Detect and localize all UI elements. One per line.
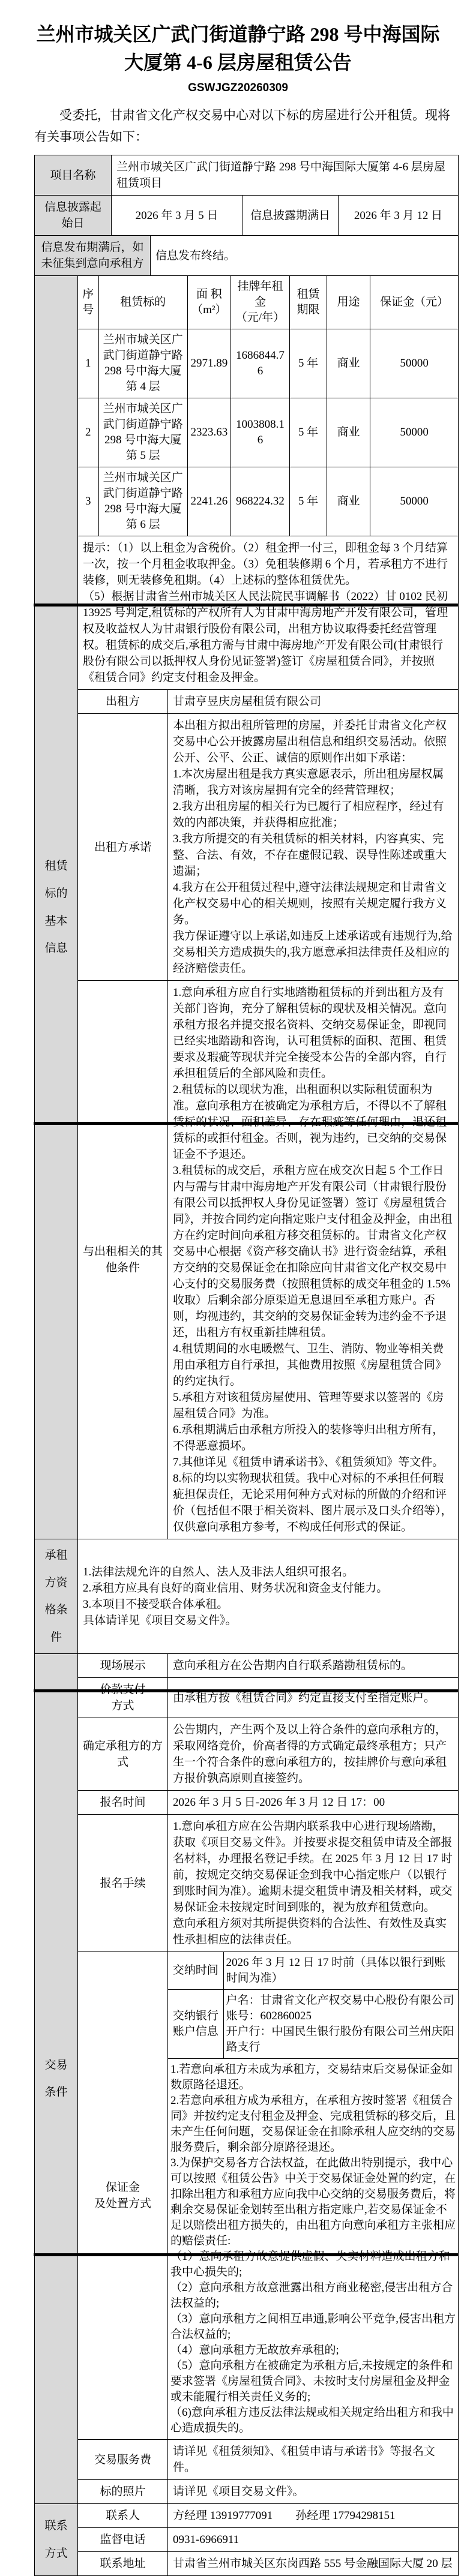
other-conditions-text: 1.意向承租方应自行实地踏勘租赁标的并到出租方及有关部门咨询，充分了解租赁标的现… bbox=[168, 981, 459, 1539]
announcement-page: 兰州市城关区广武门街道静宁路 298 号中海国际大厦第 4-6 层房屋租赁公告 … bbox=[0, 0, 476, 2576]
table-row: 报名手续 1.意向承租方应在公告期内联系我中心进行现场踏勘，获取《项目交易文件》… bbox=[35, 1815, 459, 1952]
asset-deposit: 50000 bbox=[370, 398, 458, 467]
asset-row: 3 兰州市城关区广武门街道静宁路 298 号中海大厦第 6 层 2241.26 … bbox=[78, 467, 458, 536]
intro-paragraph: 受委托，甘肃省文化产权交易中心对以下标的房屋进行公开租赁。现将有关事项公告如下： bbox=[34, 104, 458, 148]
qualification-text: 1.法律法规允许的自然人、法人及非法人组织可报名。 2.承租方应具有良好的商业信… bbox=[78, 1539, 459, 1654]
lessor-value: 甘肃亨昱庆房屋租赁有限公司 bbox=[168, 690, 459, 714]
asset-use: 商业 bbox=[327, 467, 370, 536]
table-row: 价款支付 方式 由承租方按《租赁合同》约定直接支付至指定账户。 bbox=[35, 1678, 459, 1718]
other-conditions-label: 与出租相关的其他条件 bbox=[78, 981, 168, 1539]
col-header-use: 用途 bbox=[327, 276, 370, 329]
page-break-line bbox=[34, 1689, 459, 1692]
asset-deposit: 50000 bbox=[370, 329, 458, 398]
table-row: 联系地址 甘肃省兰州市城关区东岗西路 555 号金融国际大厦 20 层 bbox=[35, 2552, 459, 2576]
table-row: 交纳银行账户信息 户名：甘肃省文化产权交易中心股份有限公司 账号：6028600… bbox=[168, 1990, 458, 2059]
table-row: 项目名称 兰州市城关区广武门街道静宁路 298 号中海国际大厦第 4-6 层房屋… bbox=[35, 155, 459, 196]
col-header-rent: 挂牌年租金 （元/年） bbox=[230, 276, 289, 329]
table-row: 提示：（1）以上租金为含税价。（2）租金押一付三，即租金每 3 个月结算一次，按… bbox=[35, 536, 459, 690]
signup-time-label: 报名时间 bbox=[78, 1791, 168, 1815]
table-row: 监督电话 0931-6966911 bbox=[35, 2528, 459, 2552]
contact-person-label: 联系人 bbox=[78, 2504, 168, 2528]
supervision-phone-label: 监督电话 bbox=[78, 2528, 168, 2552]
table-row: 交易条件 现场展示 意向承租方在公告期内自行联系踏勘租赁标的。 bbox=[35, 1654, 459, 1678]
table-row: 交纳时间 2026 年 3 月 12 日 17 时前（具体以银行到账时间为准） bbox=[168, 1952, 458, 1990]
payment-method-text: 由承租方按《租赁合同》约定直接支付至指定账户。 bbox=[168, 1678, 459, 1718]
page-title: 兰州市城关区广武门街道静宁路 298 号中海国际大厦第 4-6 层房屋租赁公告 bbox=[28, 20, 448, 77]
expiry-label: 信息发布期满后，如未征集到意向承租方 bbox=[35, 236, 151, 276]
announcement-body-table: 租赁标的基本信息 序号 租赁标的 面 积 （m²） 挂牌年租金 （元/年） 租赁… bbox=[34, 275, 459, 2576]
table-row: 信息披露起始日 2026 年 3 月 5 日 信息披露期满日 2026 年 3 … bbox=[35, 196, 459, 236]
service-fee-label: 交易服务费 bbox=[78, 2440, 168, 2480]
signup-procedure-label: 报名手续 bbox=[78, 1815, 168, 1952]
asset-seq: 1 bbox=[78, 329, 98, 398]
table-row: 交易服务费 请详见《租赁须知》、《租赁申请与承诺书》等报名文件。 bbox=[35, 2440, 459, 2480]
payment-method-label: 价款支付 方式 bbox=[78, 1678, 168, 1718]
confirm-method-label: 确定承租方的方式 bbox=[78, 1718, 168, 1791]
expiry-value: 信息发布终结。 bbox=[151, 236, 459, 276]
deposit-cell: 交纳时间 2026 年 3 月 12 日 17 时前（具体以银行到账时间为准） … bbox=[168, 1952, 459, 2440]
signup-time-value: 2026 年 3 月 5 日-2026 年 3 月 12 日 17：00 bbox=[168, 1791, 459, 1815]
deposit-disposal-text: 1.若意向承租方未成为承租方，交易结束后交易保证金如数原路径退还。 2.若意向承… bbox=[168, 2059, 458, 2440]
site-display-text: 意向承租方在公告期内自行联系踏勘租赁标的。 bbox=[168, 1654, 459, 1678]
disclosure-end-label: 信息披露期满日 bbox=[243, 196, 339, 236]
asset-seq: 3 bbox=[78, 467, 98, 536]
table-row: 信息发布期满后，如未征集到意向承租方 信息发布终结。 bbox=[35, 236, 459, 276]
section-label-trade: 交易条件 bbox=[35, 1654, 78, 2504]
asset-area: 2241.26 bbox=[187, 467, 230, 536]
asset-tips-text: 提示：（1）以上租金为含税价。（2）租金押一付三，即租金每 3 个月结算一次，按… bbox=[78, 536, 459, 690]
asset-list-table: 序号 租赁标的 面 积 （m²） 挂牌年租金 （元/年） 租赁 期限 用途 保证… bbox=[78, 276, 458, 536]
contact-address-label: 联系地址 bbox=[78, 2552, 168, 2576]
asset-name: 兰州市城关区广武门街道静宁路 298 号中海大厦第 4 层 bbox=[98, 329, 187, 398]
table-row: 1.若意向承租方未成为承租方，交易结束后交易保证金如数原路径退还。 2.若意向承… bbox=[168, 2059, 458, 2440]
asset-rent: 1003808.16 bbox=[230, 398, 289, 467]
col-header-deposit: 保证金（元） bbox=[370, 276, 458, 329]
project-info-table: 项目名称 兰州市城关区广武门街道静宁路 298 号中海国际大厦第 4-6 层房屋… bbox=[34, 155, 459, 276]
deposit-bank-label: 交纳银行账户信息 bbox=[168, 1990, 223, 2059]
col-header-seq: 序号 bbox=[78, 276, 98, 329]
table-row: 出租方 甘肃亨昱庆房屋租赁有限公司 bbox=[35, 690, 459, 714]
asset-term: 5 年 bbox=[290, 398, 327, 467]
section-label-qualification: 承租方资格条件 bbox=[35, 1539, 78, 1654]
table-row: 租赁标的基本信息 序号 租赁标的 面 积 （m²） 挂牌年租金 （元/年） 租赁… bbox=[35, 276, 459, 536]
asset-table-cell: 序号 租赁标的 面 积 （m²） 挂牌年租金 （元/年） 租赁 期限 用途 保证… bbox=[78, 276, 459, 536]
page-break-line bbox=[34, 1122, 459, 1125]
asset-name: 兰州市城关区广武门街道静宁路 298 号中海大厦第 5 层 bbox=[98, 398, 187, 467]
page-break-line bbox=[34, 2253, 459, 2256]
project-name-label: 项目名称 bbox=[35, 155, 112, 196]
asset-term: 5 年 bbox=[290, 467, 327, 536]
project-name-value: 兰州市城关区广武门街道静宁路 298 号中海国际大厦第 4-6 层房屋租赁项目 bbox=[112, 155, 459, 196]
asset-row: 1 兰州市城关区广武门街道静宁路 298 号中海大厦第 4 层 2971.89 … bbox=[78, 329, 458, 398]
asset-use: 商业 bbox=[327, 398, 370, 467]
supervision-phone-value: 0931-6966911 bbox=[168, 2528, 459, 2552]
col-header-term: 租赁 期限 bbox=[290, 276, 327, 329]
asset-row: 2 兰州市城关区广武门街道静宁路 298 号中海大厦第 5 层 2323.63 … bbox=[78, 398, 458, 467]
contact-address-value: 甘肃省兰州市城关区东岗西路 555 号金融国际大厦 20 层 bbox=[168, 2552, 459, 2576]
asset-term: 5 年 bbox=[290, 329, 327, 398]
confirm-method-text: 公告期内，产生两个及以上符合条件的意向承租方的，采取网络竞价，价高者得的方式确定… bbox=[168, 1718, 459, 1791]
table-row: 保证金 及处置方式 交纳时间 2026 年 3 月 12 日 17 时前（具体以… bbox=[35, 1952, 459, 2440]
disclosure-end-value: 2026 年 3 月 12 日 bbox=[339, 196, 459, 236]
deposit-detail-table: 交纳时间 2026 年 3 月 12 日 17 时前（具体以银行到账时间为准） … bbox=[168, 1952, 458, 2439]
asset-deposit: 50000 bbox=[370, 467, 458, 536]
disclosure-start-label: 信息披露起始日 bbox=[35, 196, 112, 236]
table-row: 标的照片 请详见《项目交易文件》。 bbox=[35, 2480, 459, 2504]
service-fee-text: 请详见《租赁须知》、《租赁申请与承诺书》等报名文件。 bbox=[168, 2440, 459, 2480]
asset-area: 2971.89 bbox=[187, 329, 230, 398]
lessor-label: 出租方 bbox=[78, 690, 168, 714]
table-row: 确定承租方的方式 公告期内，产生两个及以上符合条件的意向承租方的，采取网络竞价，… bbox=[35, 1718, 459, 1791]
page-break-line bbox=[34, 604, 459, 607]
contact-person-value: 方经理 13919777091 孙经理 17794298151 bbox=[168, 2504, 459, 2528]
col-header-target: 租赁标的 bbox=[98, 276, 187, 329]
signup-procedure-text: 1.意向承租方应在公告期内联系我中心进行现场踏勘，获取《项目交易文件》。并按要求… bbox=[168, 1815, 459, 1952]
table-row: 报名时间 2026 年 3 月 5 日-2026 年 3 月 12 日 17：0… bbox=[35, 1791, 459, 1815]
asset-seq: 2 bbox=[78, 398, 98, 467]
site-display-label: 现场展示 bbox=[78, 1654, 168, 1678]
asset-rent: 1686844.76 bbox=[230, 329, 289, 398]
table-row: 出租方承诺 本出租方拟出租所管理的房屋，并委托甘肃省文化产权交易中心公开披露房屋… bbox=[35, 714, 459, 981]
asset-area: 2323.63 bbox=[187, 398, 230, 467]
table-row: 承租方资格条件 1.法律法规允许的自然人、法人及非法人组织可报名。 2.承租方应… bbox=[35, 1539, 459, 1654]
lessor-commitment-text: 本出租方拟出租所管理的房屋，并委托甘肃省文化产权交易中心公开披露房屋出租信息和组… bbox=[168, 714, 459, 981]
disclosure-start-value: 2026 年 3 月 5 日 bbox=[112, 196, 243, 236]
photos-label: 标的照片 bbox=[78, 2480, 168, 2504]
deposit-label: 保证金 及处置方式 bbox=[78, 1952, 168, 2440]
asset-name: 兰州市城关区广武门街道静宁路 298 号中海大厦第 6 层 bbox=[98, 467, 187, 536]
lessor-commitment-label: 出租方承诺 bbox=[78, 714, 168, 981]
section-label-contact: 联系方式 bbox=[35, 2504, 78, 2576]
col-header-area: 面 积 （m²） bbox=[187, 276, 230, 329]
photos-text: 请详见《项目交易文件》。 bbox=[168, 2480, 459, 2504]
section-label-asset-info: 租赁标的基本信息 bbox=[35, 276, 78, 1539]
table-row: 联系方式 联系人 方经理 13919777091 孙经理 17794298151 bbox=[35, 2504, 459, 2528]
table-row: 与出租相关的其他条件 1.意向承租方应自行实地踏勘租赁标的并到出租方及有关部门咨… bbox=[35, 981, 459, 1539]
deposit-time-value: 2026 年 3 月 12 日 17 时前（具体以银行到账时间为准） bbox=[223, 1952, 458, 1990]
deposit-time-label: 交纳时间 bbox=[168, 1952, 223, 1990]
asset-rent: 968224.32 bbox=[230, 467, 289, 536]
table-header-row: 序号 租赁标的 面 积 （m²） 挂牌年租金 （元/年） 租赁 期限 用途 保证… bbox=[78, 276, 458, 329]
deposit-bank-info: 户名：甘肃省文化产权交易中心股份有限公司 账号：602860025 开户行：中国… bbox=[223, 1990, 458, 2059]
project-code: GSWJGZ20260309 bbox=[0, 82, 476, 95]
asset-use: 商业 bbox=[327, 329, 370, 398]
